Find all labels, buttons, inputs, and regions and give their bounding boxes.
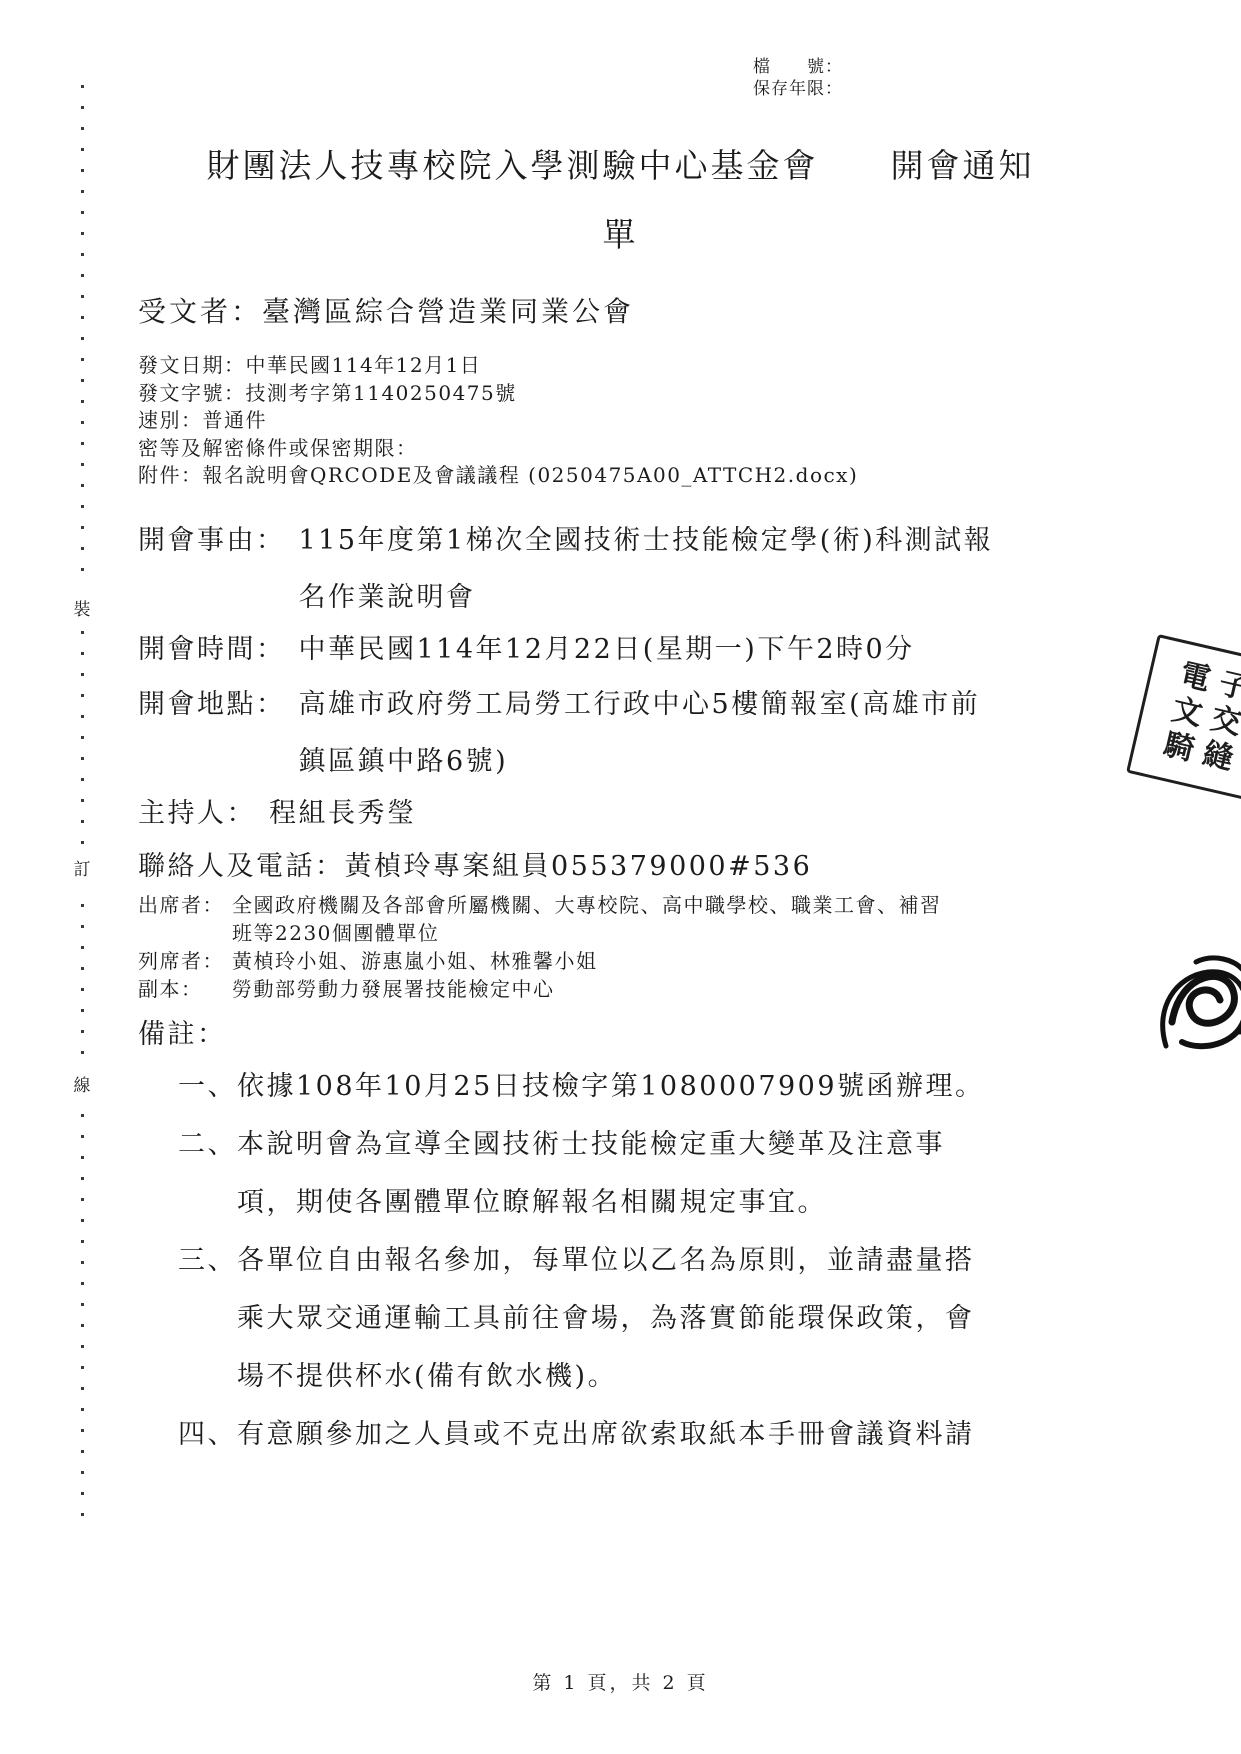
remark-number-3: 三、 [178, 1232, 237, 1406]
binding-mark-ding: 訂 [70, 848, 94, 887]
file-no-label: 檔 號： [753, 56, 843, 78]
document-page: 檔 號： 保存年限： 財團法人技專校院入學測驗中心基金會 開會通知 單 受文者：… [0, 0, 1241, 1754]
binding-mark-zhuang: 裝 [70, 588, 94, 627]
remark-text-4: 有意願參加之人員或不克出席欲索取紙本手冊會議資料請 [237, 1406, 1037, 1464]
binding-mark-xian: 線 [70, 1064, 94, 1103]
meeting-place-value: 高雄市政府勞工局勞工行政中心5樓簡報室(高雄市前 鎮區鎮中路6號) [299, 676, 1079, 790]
meeting-time-row: 開會時間： 中華民國114年12月22日(星期一)下午2時0分 [138, 621, 1079, 678]
meeting-subject-label: 開會事由： [138, 512, 286, 626]
chairperson-row: 主持人： 程組長秀瑩 [138, 785, 1049, 842]
remarks-list: 一、 依據108年10月25日技檢字第1080007909號函辦理。 二、 本說… [178, 1058, 1037, 1464]
attendees-block: 出席者： 全國政府機關及各部會所屬機關、大專校院、高中職學校、職業工會、補習 班… [138, 891, 1122, 1003]
attendees-label: 出席者： [138, 891, 232, 947]
observers-row: 列席者： 黃楨玲小姐、游惠嵐小姐、林雅馨小姐 [138, 947, 1122, 975]
remark-text-1: 依據108年10月25日技檢字第1080007909號函辦理。 [237, 1058, 1037, 1116]
cc-label: 副本： [138, 975, 232, 1003]
remarks-label: 備註： [138, 1012, 227, 1051]
dispatch-date-line: 發文日期：中華民國114年12月1日 [138, 352, 858, 380]
observers-value: 黃楨玲小姐、游惠嵐小姐、林雅馨小姐 [232, 947, 1122, 975]
file-number-block: 檔 號： 保存年限： [753, 56, 843, 100]
speed-class-line: 速別：普通件 [138, 407, 858, 435]
dispatch-meta-block: 發文日期：中華民國114年12月1日 發文字號：技測考字第1140250475號… [138, 352, 858, 490]
remark-text-3: 各單位自由報名參加，每單位以乙名為原則，並請盡量搭 乘大眾交通運輸工具前往會場，… [237, 1232, 1037, 1406]
remark-number-1: 一、 [178, 1058, 237, 1116]
meeting-place-row: 開會地點： 高雄市政府勞工局勞工行政中心5樓簡報室(高雄市前 鎮區鎮中路6號) [138, 676, 1079, 790]
retention-label: 保存年限： [753, 78, 843, 100]
remark-text-2: 本說明會為宣導全國技術士技能檢定重大變革及注意事 項，期使各團體單位瞭解報名相關… [237, 1116, 1037, 1232]
meeting-time-label: 開會時間： [138, 621, 286, 678]
chairperson-label: 主持人： [138, 785, 256, 842]
ink-seal-mark [1152, 948, 1241, 1056]
observers-label: 列席者： [138, 947, 232, 975]
remark-number-2: 二、 [178, 1116, 237, 1232]
dispatch-number-line: 發文字號：技測考字第1140250475號 [138, 380, 858, 408]
attendees-value: 全國政府機關及各部會所屬機關、大專校院、高中職學校、職業工會、補習 班等2230… [232, 891, 1122, 947]
cc-row: 副本： 勞動部勞動力發展署技能檢定中心 [138, 975, 1122, 1003]
contact-row: 聯絡人及電話： 黃楨玲專案組員055379000#536 [138, 838, 1125, 895]
remark-item-2: 二、 本說明會為宣導全國技術士技能檢定重大變革及注意事 項，期使各團體單位瞭解報… [178, 1116, 1037, 1232]
exchange-stamp: 子交縫 電文騎 [1126, 634, 1241, 800]
contact-label: 聯絡人及電話： [138, 838, 345, 895]
meeting-time-value: 中華民國114年12月22日(星期一)下午2時0分 [299, 621, 1079, 678]
remark-item-4: 四、 有意願參加之人員或不克出席欲索取紙本手冊會議資料請 [178, 1406, 1037, 1464]
meeting-place-label: 開會地點： [138, 676, 286, 790]
document-title: 財團法人技專校院入學測驗中心基金會 開會通知 單 [0, 131, 1241, 269]
remark-item-1: 一、 依據108年10月25日技檢字第1080007909號函辦理。 [178, 1058, 1037, 1116]
page-number-footer: 第 1 頁，共 2 頁 [0, 1668, 1241, 1695]
security-class-line: 密等及解密條件或保密期限： [138, 435, 858, 463]
chairperson-value: 程組長秀瑩 [269, 785, 1049, 842]
contact-value: 黃楨玲專案組員055379000#536 [345, 838, 1125, 895]
recipient-line: 受文者：臺灣區綜合營造業同業公會 [138, 290, 634, 330]
binding-dotted-line [81, 85, 84, 1520]
meeting-subject-row: 開會事由： 115年度第1梯次全國技術士技能檢定學(術)科測試報 名作業說明會 [138, 512, 1079, 626]
remark-item-3: 三、 各單位自由報名參加，每單位以乙名為原則，並請盡量搭 乘大眾交通運輸工具前往… [178, 1232, 1037, 1406]
exchange-stamp-text: 子交縫 電文騎 [1151, 656, 1241, 779]
meeting-subject-value: 115年度第1梯次全國技術士技能檢定學(術)科測試報 名作業說明會 [299, 512, 1079, 626]
attendees-row: 出席者： 全國政府機關及各部會所屬機關、大專校院、高中職學校、職業工會、補習 班… [138, 891, 1122, 947]
remark-number-4: 四、 [178, 1406, 237, 1464]
attachment-line: 附件：報名說明會QRCODE及會議議程 (0250475A00_ATTCH2.d… [138, 462, 858, 490]
cc-value: 勞動部勞動力發展署技能檢定中心 [232, 975, 1122, 1003]
